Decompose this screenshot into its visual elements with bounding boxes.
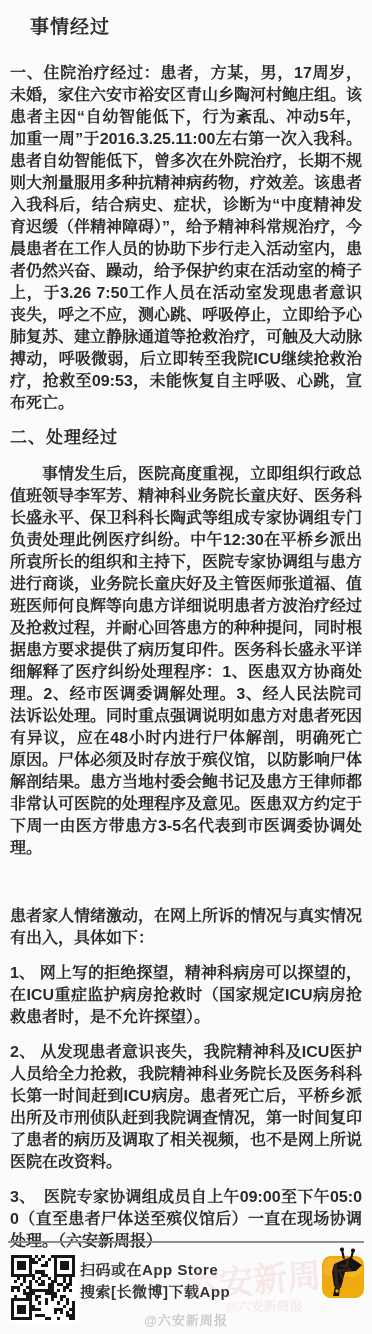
paragraph-family-claims: 患者家人情绪激动，在网上所诉的情况与真实情况有出入，具体如下：: [10, 906, 362, 950]
page-title: 事情经过: [10, 12, 362, 39]
app-promo-line2: 搜索[长微博]下载App: [80, 1282, 230, 1304]
source-watermark: @六安新周报: [0, 1310, 372, 1329]
long-weibo-post: 事情经过 一、住院治疗经过：患者，方某，男，17周岁，未婚，家住六安市裕安区青山…: [0, 0, 372, 1334]
heading-handling-process: 二、处理经过: [10, 423, 362, 448]
list-item-1: 1、 网上写的拒绝探望，精神科病房可以探望的，在ICU重症监护病房抢救时（国家规…: [10, 963, 362, 1029]
list-item-2: 2、 从发现患者意识丧失，我院精神科及ICU医护人员给全力抢救，我院精神科业务院…: [10, 1042, 362, 1174]
paragraph-handling-process: 事情发生后，医院高度重视，立即组织行政总值班领导李军芳、精神科业务院长童庆好、医…: [10, 464, 362, 860]
paragraph-hospital-course: 一、住院治疗经过：患者，方某，男，17周岁，未婚，家住六安市裕安区青山乡陶河村鲍…: [10, 63, 362, 415]
list-item-3: 3、 医院专家协调组成员自上午09:00至下午05:00（直至患者尸体送至殡仪馆…: [10, 1187, 362, 1253]
changweibo-giraffe-icon: [320, 1246, 366, 1300]
app-promo-line1: 扫码或在App Store: [80, 1260, 230, 1282]
giraffe-icon-svg: [320, 1246, 366, 1300]
article-body: 事情经过 一、住院治疗经过：患者，方某，男，17周岁，未婚，家住六安市裕安区青山…: [0, 0, 372, 1253]
footer-divider: [8, 1241, 364, 1243]
app-promo-text: 扫码或在App Store 搜索[长微博]下载App: [80, 1260, 230, 1304]
